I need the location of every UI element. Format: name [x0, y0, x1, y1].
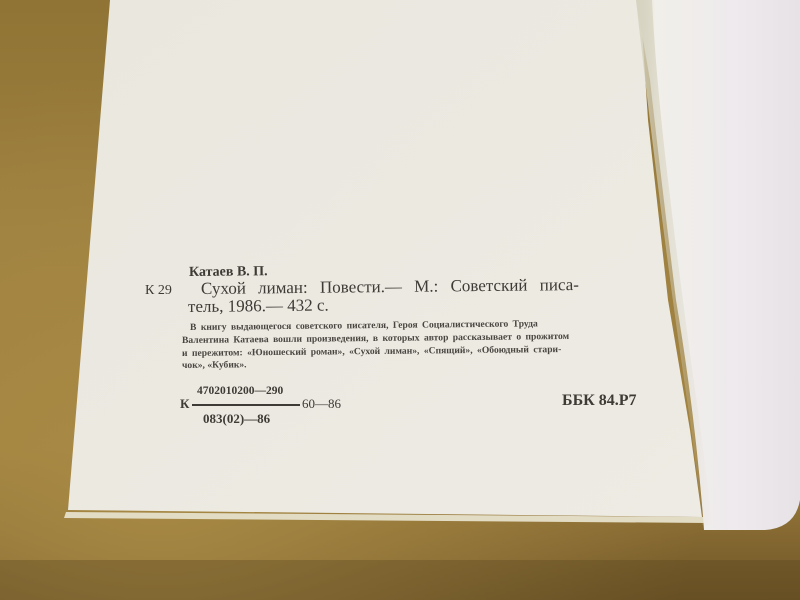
isbn-suffix: 60—86: [302, 396, 341, 412]
imprint-page: Катаев В. П. К 29 Сухой лиман: Повести.—…: [0, 0, 800, 600]
annotation-line-4: чок», «Кубик».: [182, 359, 247, 371]
isbn-denominator: 083(02)—86: [203, 411, 270, 427]
isbn-numerator: 4702010200—290: [197, 385, 283, 397]
annotation-line-3: и пережитом: «Юношеский роман», «Сухой л…: [182, 344, 561, 359]
fraction-line: [192, 404, 300, 406]
annotation-line-1: В книгу выдающегося советского писателя,…: [190, 318, 538, 333]
isbn-prefix: К: [180, 396, 189, 412]
bibliographic-line-2: тель, 1986.— 432 с.: [188, 296, 329, 317]
class-code: К 29: [145, 283, 172, 299]
bbk-code: ББК 84.Р7: [562, 392, 637, 410]
